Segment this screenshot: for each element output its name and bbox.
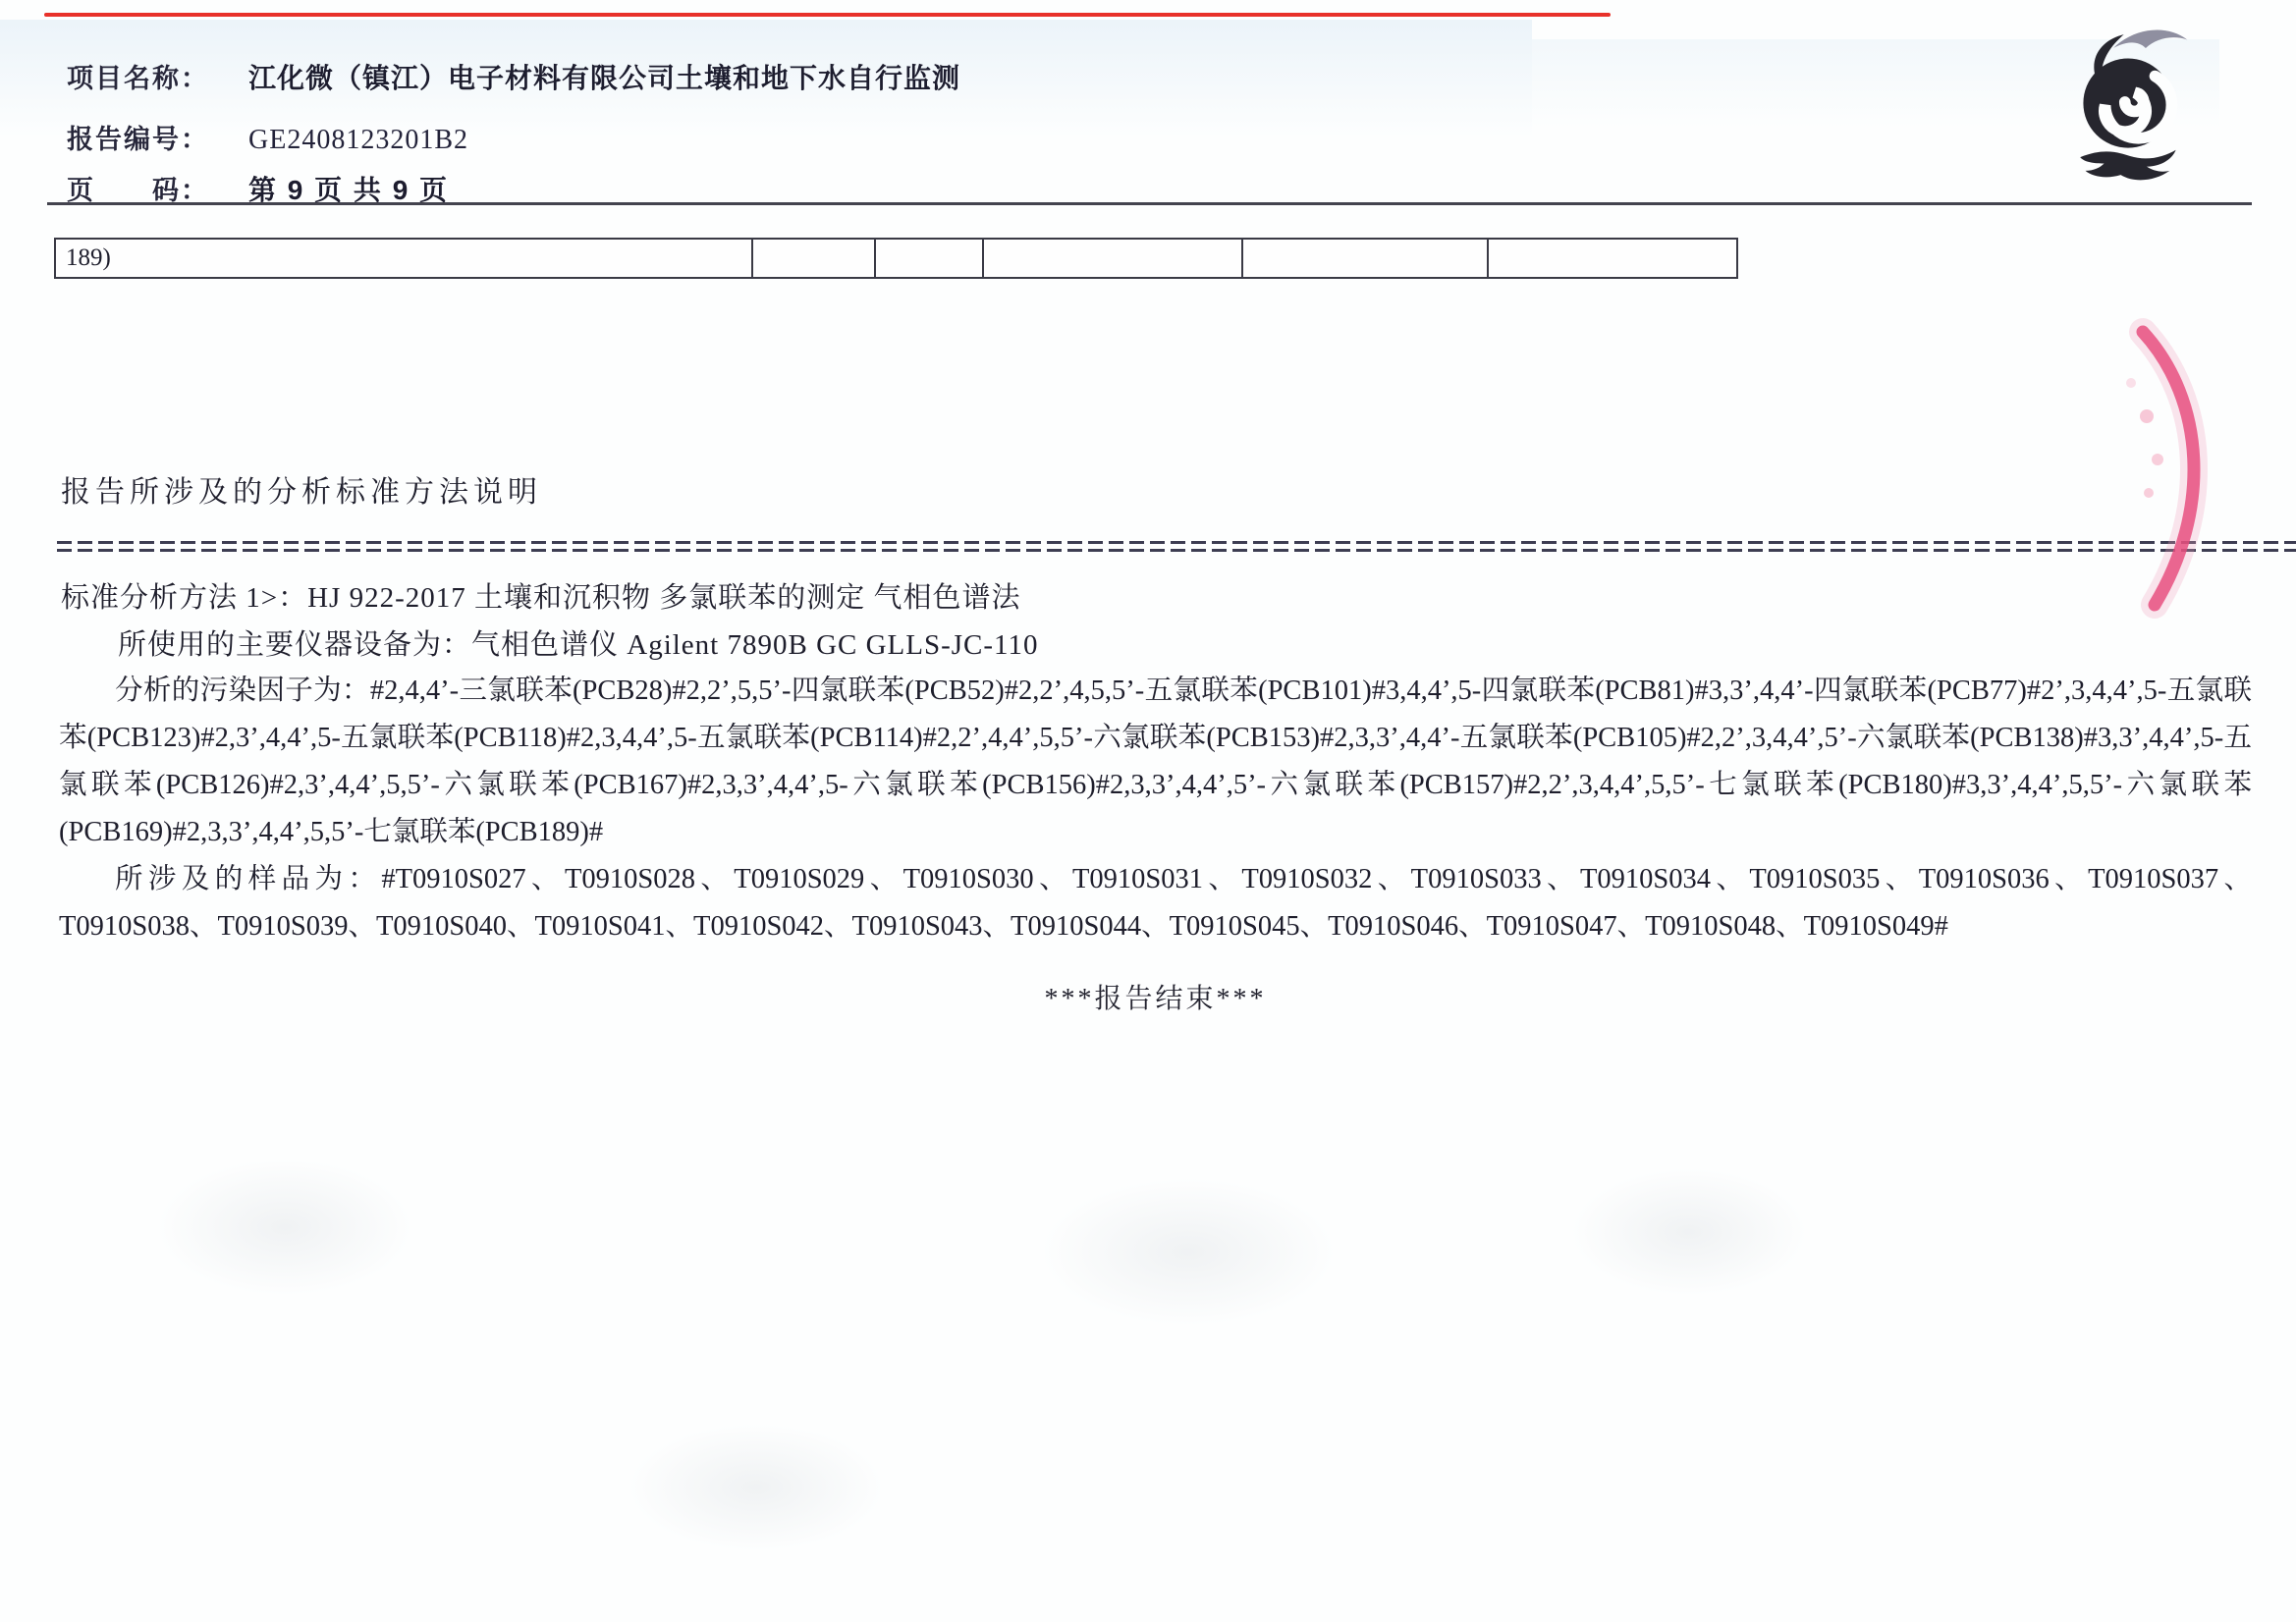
scan-blotch [157,1159,412,1296]
instrument-line: 所使用的主要仪器设备为：气相色谱仪 Agilent 7890B GC GLLS-… [61,622,1038,663]
table-cell [751,240,874,277]
table-cell [1241,240,1486,277]
swirl-wave-logo-icon [2041,14,2217,190]
table-cell [1487,240,1736,277]
report-body: 分析的污染因子为：#2,4,4’-三氯联苯(PCB28)#2,2’,5,5’-四… [59,668,2252,1023]
table-cell: 189) [56,240,751,277]
project-name-value: 江化微（镇江）电子材料有限公司土壤和地下水自行监测 [248,63,960,93]
top-red-line [44,13,1611,17]
report-no-value: GE2408123201B2 [248,125,468,155]
samples-paragraph: 所涉及的样品为：#T0910S027、T0910S028、T0910S029、T… [59,856,2252,950]
report-no-label: 报告编号： [67,125,209,154]
report-page: 项目名称： 江化微（镇江）电子材料有限公司土壤和地下水自行监测 报告编号： GE… [0,0,2296,1622]
scan-blotch [1571,1168,1807,1296]
scan-blotch [1041,1178,1336,1325]
header-report-no-row: 报告编号： GE2408123201B2 [67,118,468,156]
report-end-marker: ***报告结束*** [59,976,2252,1023]
header-project-row: 项目名称： 江化微（镇江）电子材料有限公司土壤和地下水自行监测 [67,57,960,96]
section-title: 报告所涉及的分析标准方法说明 [61,467,542,511]
pollutants-paragraph: 分析的污染因子为：#2,4,4’-三氯联苯(PCB28)#2,2’,5,5’-四… [59,668,2252,856]
project-name-label: 项目名称： [67,64,209,93]
scan-blotch [629,1424,884,1551]
standard-method-line: 标准分析方法 1>：HJ 922-2017 土壤和沉积物 多氯联苯的测定 气相色… [61,575,1021,616]
table-fragment-row: 189) [54,238,1738,279]
table-cell [982,240,1241,277]
page-number-label: 页 码： [67,176,209,205]
table-cell [874,240,982,277]
page-number-value: 第 9 页 共 9 页 [248,175,449,205]
double-dashed-separator [57,541,2296,554]
header-divider-line [47,202,2252,205]
